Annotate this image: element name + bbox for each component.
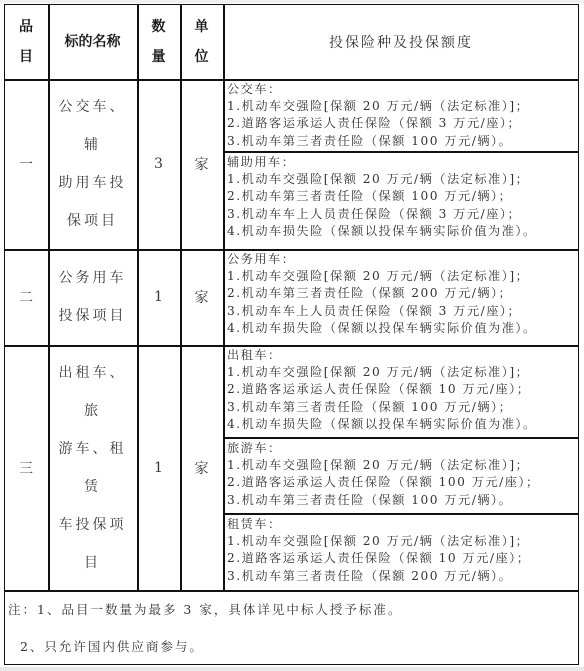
header-insurance: 投保险种及投保额度 (223, 4, 579, 79)
block-title: 旅游车： (227, 440, 577, 457)
header-qty: 数 量 (137, 4, 180, 79)
row3-unit: 家 (180, 345, 223, 590)
row3-name: 出租车、旅 游车、租赁 车投保项 目 (48, 345, 137, 590)
block-line: 2.道路客运承运人责任保险（保额 100 万元/座）； (227, 474, 577, 491)
row1-qty: 3 (137, 79, 180, 249)
quantity: 3 (154, 156, 163, 172)
block-line: 3.机动车第三者责任险（保额 200 万元/辆）。 (227, 568, 577, 585)
block-title: 公务用车： (227, 251, 577, 268)
item-number: 一 (19, 154, 33, 174)
header-name: 标的名称 (48, 4, 137, 79)
name-line: 出租车、旅 (56, 354, 130, 430)
row2-name: 公务用车 投保项目 (48, 249, 137, 345)
block-line: 1.机动车交强险[保额 20 万元/辆（法定标准）]； (227, 364, 577, 381)
block-line: 3.机动车第三者责任险（保额 100 万元/辆）。 (227, 133, 577, 150)
unit: 家 (195, 287, 209, 307)
block-line: 4.机动车损失险（保额以投保车辆实际价值为准）。 (227, 223, 577, 240)
column-divider (223, 4, 225, 590)
insurance-block-official: 公务用车： 1.机动车交强险[保额 20 万元/辆（法定标准）]； 2.机动车第… (227, 251, 577, 337)
block-line: 2.道路客运承运人责任保险（保额 10 万元/座）； (227, 550, 577, 567)
block-line: 1.机动车交强险[保额 20 万元/辆（法定标准）]； (227, 268, 577, 285)
block-line: 3.机动车第三者责任险（保额 100 万元/辆）； (227, 399, 577, 416)
header-insurance-label: 投保险种及投保额度 (329, 32, 473, 52)
block-title: 租赁车： (227, 516, 577, 533)
name-line: 投保项目 (56, 297, 130, 335)
header-qty-bottom: 量 (152, 42, 166, 72)
name-line: 公务用车 (56, 259, 130, 297)
block-line: 2.机动车第三者责任险（保额 200 万元/辆）； (227, 285, 577, 302)
subrow-divider (223, 151, 579, 153)
block-line: 1.机动车交强险[保额 20 万元/辆（法定标准）]； (227, 171, 577, 188)
insurance-block-tour-bus: 旅游车： 1.机动车交强险[保额 20 万元/辆（法定标准）]； 2.道路客运承… (227, 440, 577, 509)
row3-qty: 1 (137, 345, 180, 590)
insurance-block-taxi: 出租车： 1.机动车交强险[保额 20 万元/辆（法定标准）]； 2.道路客运承… (227, 347, 577, 433)
name-line: 公交车、辅 (56, 88, 130, 164)
row-divider (4, 590, 579, 592)
header-unit: 单 位 (180, 4, 223, 79)
subrow-divider (223, 513, 579, 515)
row3-item: 三 (4, 345, 48, 590)
quantity: 1 (154, 289, 163, 305)
insurance-block-auxiliary: 辅助用车： 1.机动车交强险[保额 20 万元/辆（法定标准）]； 2.机动车第… (227, 154, 577, 240)
row1-name: 公交车、辅 助用车投 保项目 (48, 79, 137, 249)
block-line: 2.机动车第三者责任险（保额 100 万元/辆）； (227, 188, 577, 205)
row1-unit: 家 (180, 79, 223, 249)
unit: 家 (195, 154, 209, 174)
insurance-block-rental: 租赁车： 1.机动车交强险[保额 20 万元/辆（法定标准）]； 2.道路客运承… (227, 516, 577, 585)
row2-qty: 1 (137, 249, 180, 345)
block-line: 3.机动车车上人员责任保险（保额 3 万元/座）； (227, 206, 577, 223)
row1-item: 一 (4, 79, 48, 249)
block-line: 1.机动车交强险[保额 20 万元/辆（法定标准）]； (227, 98, 577, 115)
header-item: 品 目 (4, 4, 48, 79)
block-line: 4.机动车损失险（保额以投保车辆实际价值为准）。 (227, 416, 577, 433)
item-number: 二 (19, 287, 33, 307)
note-line-2: 2、只允许国内供应商参与。 (8, 637, 204, 655)
bottom-edge (0, 667, 584, 671)
header-qty-top: 数 (152, 12, 166, 42)
quantity: 1 (154, 460, 163, 476)
block-line: 2.道路客运承运人责任保险（保额 3 万元/座）； (227, 115, 577, 132)
block-line: 3.机动车第三者责任险（保额 100 万元/辆）。 (227, 492, 577, 509)
block-line: 4.机动车损失险（保额以投保车辆实际价值为准）。 (227, 320, 577, 337)
header-item-bottom: 目 (19, 42, 33, 72)
block-line: 1.机动车交强险[保额 20 万元/辆（法定标准）]； (227, 533, 577, 550)
header-item-top: 品 (19, 12, 33, 42)
header-unit-top: 单 (195, 12, 209, 42)
block-title: 辅助用车： (227, 154, 577, 171)
document-page: 品 目 标的名称 数 量 单 位 投保险种及投保额度 一 公交车、辅 助用车投 … (0, 0, 584, 671)
name-line: 助用车投 (56, 164, 130, 202)
block-line: 3.机动车车上人员责任保险（保额 3 万元/座）； (227, 303, 577, 320)
row2-unit: 家 (180, 249, 223, 345)
name-line: 游车、租赁 (56, 430, 130, 506)
name-line: 车投保项 (56, 506, 130, 544)
name-line: 目 (56, 544, 130, 582)
header-unit-bottom: 位 (195, 42, 209, 72)
insurance-block-bus: 公交车： 1.机动车交强险[保额 20 万元/辆（法定标准）]； 2.道路客运承… (227, 81, 577, 150)
block-line: 1.机动车交强险[保额 20 万元/辆（法定标准）]； (227, 457, 577, 474)
block-title: 出租车： (227, 347, 577, 364)
subrow-divider (223, 437, 579, 439)
note-line-1: 注：1、品目一数量为最多 3 家，具体详见中标人授予标准。 (8, 600, 402, 618)
item-number: 三 (19, 458, 33, 478)
header-name-label: 标的名称 (65, 27, 121, 57)
block-line: 2.道路客运承运人责任保险（保额 10 万元/座）； (227, 381, 577, 398)
row2-item: 二 (4, 249, 48, 345)
unit: 家 (195, 458, 209, 478)
name-line: 保项目 (56, 202, 130, 240)
block-title: 公交车： (227, 81, 577, 98)
top-edge (0, 0, 584, 3)
